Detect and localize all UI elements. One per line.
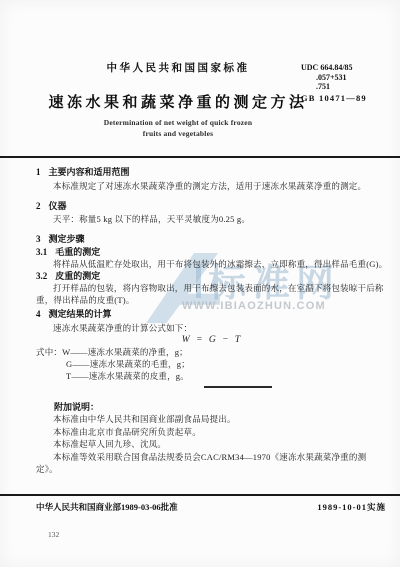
section-1-heading: 1主要内容和适用范围: [36, 166, 388, 178]
section-2-paragraph: 天平：称量5 kg 以下的样品，天平灵敏度为0.25 g。: [36, 213, 388, 225]
appendix-heading: 附加说明：: [36, 401, 388, 413]
section-3-number: 3: [36, 234, 41, 244]
section-4-number: 4: [36, 309, 41, 319]
appendix-line-proposer: 本标准由中华人民共和国商业部副食品局提出。: [36, 413, 388, 426]
appendix-line-equivalence: 本标准等效采用联合国食品法规委员会CAC/RM34—1970《速冻水果蔬菜净重的…: [36, 451, 388, 476]
appendix-line-drafting-org: 本标准由北京市食品研究所负责起草。: [36, 426, 388, 439]
formula-where-line-t: T——速冻水果蔬菜的皮重，g。: [66, 370, 388, 382]
section-2-number: 2: [36, 201, 41, 211]
document-page: 标准网 WWW.IBIAOZHUN.COM 中华人民共和国国家标准 速冻水果和蔬…: [0, 0, 400, 567]
section-1-paragraph: 本标准规定了对速冻水果蔬菜净重的测定方法，适用于速冻水果蔬菜净重的测定。: [36, 180, 388, 192]
approval-statement: 中华人民共和国商业部1989-03-06批准: [36, 501, 178, 513]
section-4-heading: 4测定结果的计算: [36, 308, 388, 320]
section-3-heading: 3测定步骤: [36, 233, 388, 245]
udc-code-line3: .751: [301, 82, 367, 92]
implementation-date: 1989-10-01实施: [317, 501, 386, 513]
appendix-line-drafters: 本标准起草人回九珍、沈凤。: [36, 438, 388, 451]
section-2-title: 仪器: [49, 201, 67, 211]
udc-block: UDC 664.84/85 .057+531 .751 GB 10471—89: [301, 63, 367, 103]
section-3-1-number: 3.1: [36, 247, 47, 257]
section-3-title: 测定步骤: [49, 234, 85, 244]
section-3-1-title: 毛重的测定: [55, 247, 100, 257]
udc-code-line1: UDC 664.84/85: [301, 63, 367, 73]
document-footer: 中华人民共和国商业部1989-03-06批准 1989-10-01实施: [0, 494, 400, 513]
section-3-2-heading: 3.2皮重的测定: [36, 270, 388, 282]
section-3-2-paragraph: 打开样品的包装，将内容物取出，用干布擦去包装表面的水，在室温下将包装晾干后称重，…: [36, 282, 388, 306]
document-body: 1主要内容和适用范围 本标准规定了对速冻水果蔬菜净重的测定方法，适用于速冻水果蔬…: [0, 156, 400, 476]
section-4-title: 测定结果的计算: [49, 309, 112, 319]
udc-code-line2: .057+531: [301, 73, 367, 83]
section-1-title: 主要内容和适用范围: [49, 167, 130, 177]
section-3-1-paragraph: 将样品从低温贮存处取出，用干布将包装外的冰霜擦去，立即称重，得出样品毛重(G)。: [36, 258, 388, 270]
document-header: 中华人民共和国国家标准 速冻水果和蔬菜净重的测定方法 Determination…: [0, 0, 400, 156]
standard-number: GB 10471—89: [301, 94, 367, 104]
section-3-2-title: 皮重的测定: [55, 271, 100, 281]
formula-where-line-g: G——速冻水果蔬菜的毛重，g；: [66, 358, 388, 370]
formula-where-line-w: 式中：W——速冻水果蔬菜的净重，g；: [36, 346, 388, 358]
page-number: 132: [48, 530, 59, 539]
section-3-1-heading: 3.1毛重的测定: [36, 246, 388, 258]
section-4-intro: 速冻水果蔬菜净重的计算公式如下：: [36, 322, 388, 334]
section-3-2-number: 3.2: [36, 271, 47, 281]
section-1-number: 1: [36, 167, 41, 177]
appendix-divider: [204, 386, 272, 388]
net-weight-formula: W = G − T: [36, 334, 388, 346]
appendix: 附加说明： 本标准由中华人民共和国商业部副食品局提出。 本标准由北京市食品研究所…: [36, 401, 388, 476]
english-subtitle-line2: fruits and vegetables: [0, 128, 356, 139]
english-subtitle-line1: Determination of net weight of quick fro…: [0, 117, 356, 128]
section-2-heading: 2仪器: [36, 200, 388, 212]
